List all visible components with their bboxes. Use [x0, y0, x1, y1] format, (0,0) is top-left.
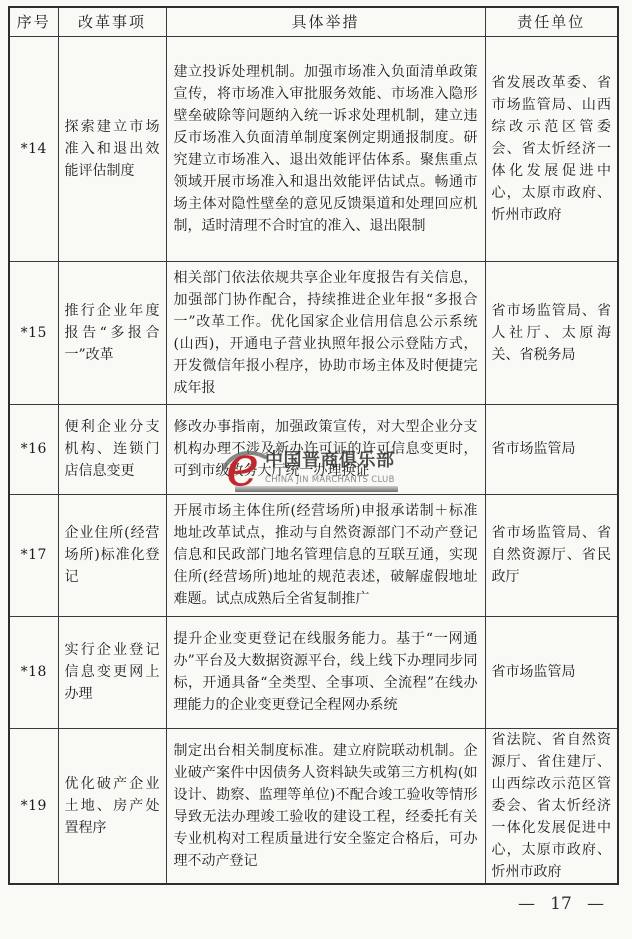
- cell-reform-item: 探索建立市场准入和退出效能评估制度: [58, 36, 166, 261]
- cell-serial: *17: [9, 494, 58, 616]
- cell-measures: 修改办事指南，加强政策宣传，对大型企业分支机构办理不涉及新办许可证的许可信息变更…: [166, 404, 485, 494]
- cell-unit: 省发展改革委、省市场监管局、山西综改示范区管委会、省太忻经济一体化发展促进中心，…: [485, 36, 618, 261]
- col-header-unit: 责任单位: [485, 7, 618, 36]
- cell-measures: 提升企业变更登记在线服务能力。基于“一网通办”平台及大数据资源平台，线上线下办理…: [166, 616, 485, 728]
- footer-dash-right: —: [587, 894, 604, 914]
- page-number: — 17 —: [518, 894, 604, 914]
- table-row: *16 便利企业分支机构、连锁门店信息变更 修改办事指南，加强政策宣传，对大型企…: [9, 404, 618, 494]
- document-page: 序号 改革事项 具体举措 责任单位 *14 探索建立市场准入和退出效能评估制度 …: [0, 0, 632, 939]
- cell-reform-item: 优化破产企业土地、房产处置程序: [58, 728, 166, 884]
- cell-unit: 省法院、省自然资源厅、省住建厅、山西综改示范区管委会、省太忻经济一体化发展促进中…: [485, 728, 618, 884]
- cell-measures: 相关部门依法依规共享企业年度报告有关信息，加强部门协作配合，持续推进企业年报“多…: [166, 261, 485, 404]
- footer-page-number: 17: [550, 894, 572, 914]
- cell-measures: 开展市场主体住所(经营场所)申报承诺制＋标准地址改革试点，推动与自然资源部门不动…: [166, 494, 485, 616]
- cell-unit: 省市场监管局、省人社厅、太原海关、省税务局: [485, 261, 618, 404]
- col-header-reform-item: 改革事项: [58, 7, 166, 36]
- cell-reform-item: 便利企业分支机构、连锁门店信息变更: [58, 404, 166, 494]
- table-row: *14 探索建立市场准入和退出效能评估制度 建立投诉处理机制。加强市场准入负面清…: [9, 36, 618, 261]
- cell-serial: *18: [9, 616, 58, 728]
- table-row: *17 企业住所(经营场所)标准化登记 开展市场主体住所(经营场所)申报承诺制＋…: [9, 494, 618, 616]
- table-row: *15 推行企业年度报告“多报合一”改革 相关部门依法依规共享企业年度报告有关信…: [9, 261, 618, 404]
- cell-serial: *14: [9, 36, 58, 261]
- cell-measures: 建立投诉处理机制。加强市场准入负面清单政策宣传，将市场准入审批服务效能、市场准入…: [166, 36, 485, 261]
- reform-measures-table: 序号 改革事项 具体举措 责任单位 *14 探索建立市场准入和退出效能评估制度 …: [8, 6, 619, 885]
- table-header-row: 序号 改革事项 具体举措 责任单位: [9, 7, 618, 36]
- cell-measures: 制定出台相关制度标准。建立府院联动机制。企业破产案件中因债务人资料缺失或第三方机…: [166, 728, 485, 884]
- cell-unit: 省市场监管局: [485, 616, 618, 728]
- table-row: *19 优化破产企业土地、房产处置程序 制定出台相关制度标准。建立府院联动机制。…: [9, 728, 618, 884]
- cell-reform-item: 企业住所(经营场所)标准化登记: [58, 494, 166, 616]
- cell-unit: 省市场监管局、省自然资源厅、省民政厅: [485, 494, 618, 616]
- cell-serial: *16: [9, 404, 58, 494]
- footer-dash-left: —: [518, 894, 535, 914]
- cell-reform-item: 实行企业登记信息变更网上办理: [58, 616, 166, 728]
- cell-reform-item: 推行企业年度报告“多报合一”改革: [58, 261, 166, 404]
- col-header-measures: 具体举措: [166, 7, 485, 36]
- cell-serial: *15: [9, 261, 58, 404]
- cell-serial: *19: [9, 728, 58, 884]
- table-row: *18 实行企业登记信息变更网上办理 提升企业变更登记在线服务能力。基于“一网通…: [9, 616, 618, 728]
- cell-unit: 省市场监管局: [485, 404, 618, 494]
- col-header-serial: 序号: [9, 7, 58, 36]
